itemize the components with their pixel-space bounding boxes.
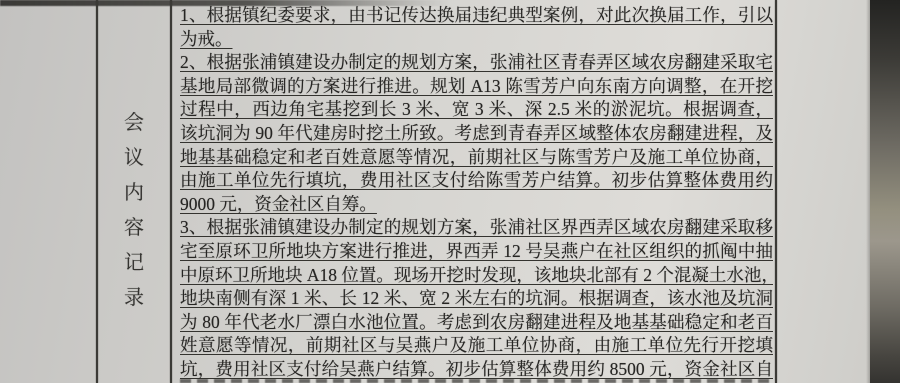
content-line: 为 80 年代老水厂漂白水池位置。考虑到农房翻建进程及地基基础稳定和老百: [180, 311, 773, 335]
document-photo: 会 议 内 容 记 录 1、根据镇纪委要求，由书记传达换届违纪典型案例，对此次换…: [0, 0, 900, 383]
content-line: 姓意愿等情况，前期社区与吴燕户及施工单位协商，由施工单位先行开挖填: [180, 334, 773, 358]
label-char: 议: [124, 147, 144, 169]
label-char: 内: [124, 182, 144, 204]
content-line: 坑，费用社区支付给吴燕户结算。初步估算整体费用约 8500 元，资金社区自: [180, 358, 773, 382]
content-line: 基地局部微调的方案进行推进。规划 A13 陈雪芳户向东南方向调整，在开挖: [180, 75, 773, 99]
meeting-content-label: 会 议 内 容 记 录: [98, 112, 170, 309]
content-line: 2、根据张浦镇建设办制定的规划方案，张浦社区青春弄区域农房翻建采取宅: [180, 51, 773, 75]
label-char: 会: [124, 112, 144, 134]
content-line: 1、根据镇纪委要求，由书记传达换届违纪典型案例，对此次换届工作，引以: [180, 4, 773, 28]
content-line: 宅至原环卫所地块方案进行推进，界西弄 12 号吴燕户在社区组织的抓阄中抽: [180, 240, 773, 264]
cropped-next-line-sliver: [180, 379, 773, 383]
content-line: 为戒。: [180, 28, 773, 52]
table-border-label-right: [170, 0, 172, 383]
content-line: 地基基础稳定和老百姓意愿等情况，前期社区与陈雪芳户及施工单位协商，: [180, 146, 773, 170]
content-line: 过程中，西边角宅基挖到长 3 米、宽 3 米、深 2.5 米的淤泥坑。根据调查，: [180, 98, 773, 122]
content-line: 9000 元，资金社区自筹。: [180, 193, 773, 217]
content-line: 该坑洞为 90 年代建房时挖土所致。考虑到青春弄区域整体农房翻建进程，及: [180, 122, 773, 146]
meeting-content-cell: 1、根据镇纪委要求，由书记传达换届违纪典型案例，对此次换届工作，引以 为戒。 2…: [180, 4, 773, 382]
content-line: 3、根据张浦镇建设办制定的规划方案，张浦社区界西弄区域农房翻建采取移: [180, 216, 773, 240]
content-line: 地块南侧有深 1 米、长 12 米、宽 2 米左右的坑洞。根据调查，该水池及坑洞: [180, 287, 773, 311]
photo-background-edge: [870, 0, 900, 383]
label-char: 录: [124, 287, 144, 309]
content-line: 中原环卫所地块 A18 位置。现场开挖时发现，该地块北部有 2 个混凝土水池，: [180, 264, 773, 288]
table-border-content-right: [775, 0, 777, 383]
label-char: 容: [124, 217, 144, 239]
content-line: 由施工单位先行填坑，费用社区支付给陈雪芳户结算。初步估算整体费用约: [180, 169, 773, 193]
label-char: 记: [124, 252, 144, 274]
